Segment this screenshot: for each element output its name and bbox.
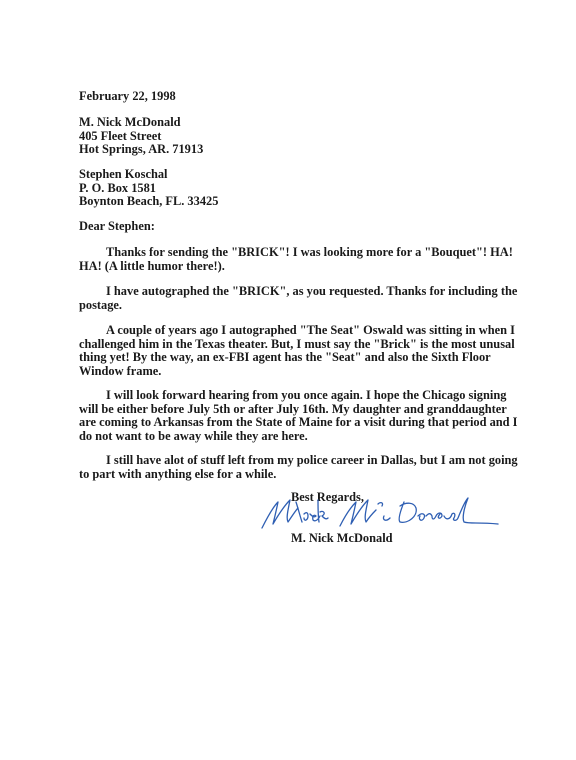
handwritten-signature xyxy=(258,494,508,534)
sender-address: M. Nick McDonald 405 Fleet Street Hot Sp… xyxy=(79,116,499,157)
paragraph-line: are coming to Arkansas from the State of… xyxy=(79,416,504,430)
paragraph-line: postage. xyxy=(79,299,504,313)
paragraph-line: A couple of years ago I autographed "The… xyxy=(79,324,504,338)
paragraph-3: A couple of years ago I autographed "The… xyxy=(79,324,504,378)
sender-street: 405 Fleet Street xyxy=(79,130,499,144)
paragraph-line: I will look forward hearing from you onc… xyxy=(79,389,504,403)
recipient-address: Stephen Koschal P. O. Box 1581 Boynton B… xyxy=(79,168,499,209)
paragraph-line: will be either before July 5th or after … xyxy=(79,403,504,417)
paragraph-5: I still have alot of stuff left from my … xyxy=(79,454,504,481)
salutation-text: Dear Stephen: xyxy=(79,220,499,234)
recipient-name: Stephen Koschal xyxy=(79,168,499,182)
paragraph-1: Thanks for sending the "BRICK"! I was lo… xyxy=(79,246,504,273)
paragraph-line: challenged him in the Texas theater. But… xyxy=(79,338,504,352)
salutation: Dear Stephen: xyxy=(79,220,499,234)
printed-signature-name: M. Nick McDonald xyxy=(291,532,393,546)
paragraph-line: I still have alot of stuff left from my … xyxy=(79,454,504,468)
letter-date: February 22, 1998 xyxy=(79,90,499,104)
paragraph-2: I have autographed the "BRICK", as you r… xyxy=(79,285,504,312)
sender-name: M. Nick McDonald xyxy=(79,116,499,130)
recipient-street: P. O. Box 1581 xyxy=(79,182,499,196)
paragraph-line: to part with anything else for a while. xyxy=(79,468,504,482)
paragraph-line: I have autographed the "BRICK", as you r… xyxy=(79,285,504,299)
paragraph-line: Thanks for sending the "BRICK"! I was lo… xyxy=(79,246,504,260)
paragraph-line: HA! (A little humor there!). xyxy=(79,260,504,274)
paragraph-line: Window frame. xyxy=(79,365,504,379)
date-text: February 22, 1998 xyxy=(79,90,499,104)
paragraph-line: thing yet! By the way, an ex-FBI agent h… xyxy=(79,351,504,365)
recipient-city: Boynton Beach, FL. 33425 xyxy=(79,195,499,209)
paragraph-4: I will look forward hearing from you onc… xyxy=(79,389,504,443)
sender-city: Hot Springs, AR. 71913 xyxy=(79,143,499,157)
paragraph-line: do not want to be away while they are he… xyxy=(79,430,504,444)
